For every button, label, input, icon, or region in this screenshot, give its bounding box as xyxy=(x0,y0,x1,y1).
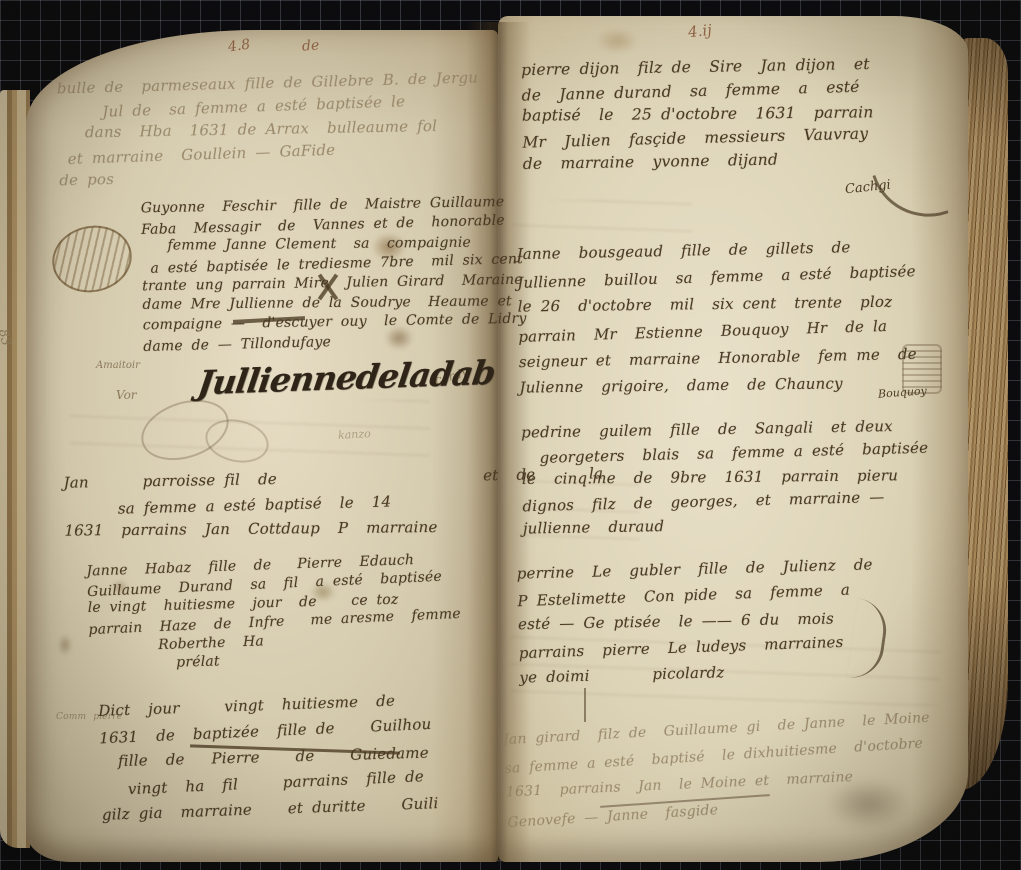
baptism-entry: pierre dijon filz de Sire Jan dijon etde… xyxy=(521,53,874,177)
margin-scribble: Vor xyxy=(116,388,137,402)
text-line: Julienne grigoire, dame de Chauncy xyxy=(519,369,918,401)
baptism-entry: Guyonne Feschir fille de Maistre Guillau… xyxy=(141,193,527,356)
baptism-entry: perrine Le gubler fille de Julienz deP E… xyxy=(516,551,875,690)
baptism-entry: pedrine guilem fille de Sangali et deux … xyxy=(521,413,930,540)
baptism-entry: bulle de parmeseaux fille de Gillebre B.… xyxy=(57,67,481,193)
under-signature-scribble: kanzo xyxy=(338,427,371,442)
baptism-entry: Jan girard filz de Guillaume gi de Janne… xyxy=(502,705,934,835)
text-line: dame Mre Jullienne de la Soudrye Heaume … xyxy=(142,292,526,315)
folio-mark-secondary: de xyxy=(301,37,319,54)
manuscript-photo: 4.8 de 4.ij 83 Comm pierre bulle de parm… xyxy=(0,0,1021,870)
folio-number-left: 4.8 xyxy=(227,37,251,56)
folio-number-right: 4.ij xyxy=(687,21,713,41)
margin-scribble: Amaitoir xyxy=(96,360,140,371)
baptism-entry: Dict jour vingt huitiesme de1631 de bapt… xyxy=(98,686,439,828)
baptism-entry: Janne Habaz fille de Pierre EdauchGuilla… xyxy=(86,550,462,677)
baptism-entry: Janne bousgeaud fille de gillets deJulli… xyxy=(516,233,918,403)
